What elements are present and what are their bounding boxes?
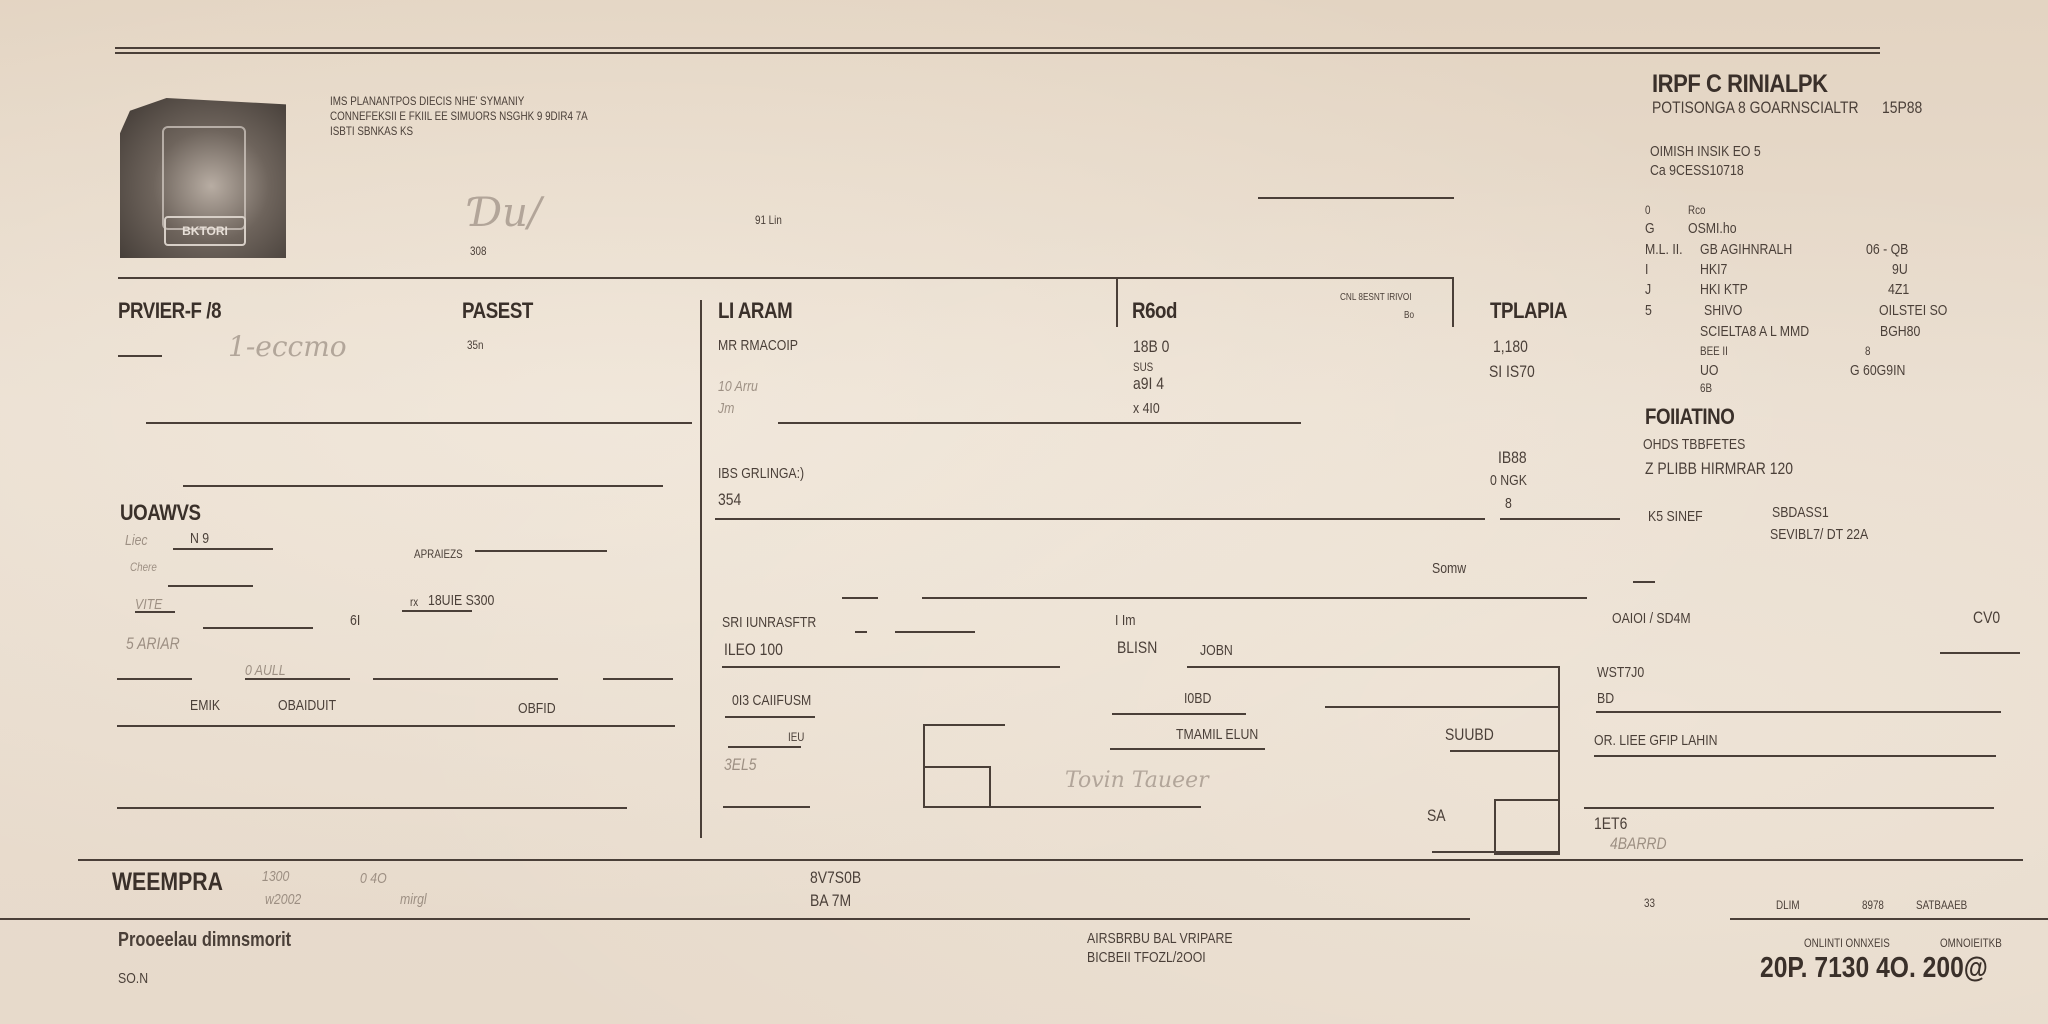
signature-number: 308: [470, 244, 486, 258]
top-rule-inner: [115, 52, 1880, 54]
loans-line: [603, 678, 673, 680]
tplapia-title: TPLAPIA: [1490, 298, 1567, 324]
lower-right-field-1: SUUBD: [1445, 725, 1494, 745]
left-short-line: [118, 355, 162, 357]
lower-row2-note: IEU: [788, 730, 804, 744]
loans-line: [168, 585, 253, 587]
foliatino-field-3: OR. LIEE GFIP LAHIN: [1594, 732, 1717, 749]
lower-bracket-top: [923, 724, 1003, 726]
rood-divider: [1116, 277, 1118, 327]
left-bottom-line: [117, 807, 627, 809]
right-list-value: 4Z1: [1888, 281, 1909, 298]
right-list-num: M.L. II.: [1645, 241, 1683, 258]
center-subtitle: MR RMACOIP: [718, 337, 798, 354]
footer-right-label-1: DLIM: [1776, 898, 1800, 912]
footer-right-small: 33: [1644, 896, 1655, 910]
tplapia-value-1: 1,180: [1493, 337, 1528, 357]
foliatino-title: FOIIATINO: [1645, 404, 1734, 430]
footer-right-label-3: SATBAAEB: [1916, 898, 1967, 912]
foliatino-footnote: OAIOI / SD4M: [1612, 610, 1691, 627]
section-rule: [118, 277, 1453, 279]
footer-center-line-2: BICBEII TFOZL/2OOI: [1087, 949, 1206, 966]
foliatino-left-label: K5 SINEF: [1648, 508, 1703, 525]
loans-row-label: Chere: [130, 560, 157, 574]
footer-right-values: 20P. 7130 4O. 200@: [1760, 952, 1988, 985]
rood-note: CNL 8ESNT IRIVOI: [1340, 292, 1412, 303]
document-code: 15P88: [1882, 98, 1922, 118]
center-line-1: 10 Arru: [718, 378, 758, 395]
loans-footer-line: [117, 725, 675, 727]
footer-band-bottom-right: [1730, 918, 2048, 920]
lower-line: [723, 806, 810, 808]
right-list-num: 0: [1645, 203, 1650, 217]
footer-right-label-2: 8978: [1862, 898, 1884, 912]
foliatino-right-label-2: SEVIBL7/ DT 22A: [1770, 526, 1868, 543]
footer-mid-value-1: 8V7S0B: [810, 868, 861, 888]
right-list-num: I: [1645, 261, 1648, 278]
center-field-value: 354: [718, 490, 741, 510]
rood-title: R6od: [1132, 298, 1177, 324]
lower-top-label: Somw: [1432, 560, 1466, 577]
foliatino-bottom-2: 4BARRD: [1610, 834, 1667, 854]
right-list-num: J: [1645, 281, 1651, 298]
lower-right-line: [1325, 706, 1558, 708]
right-list-num: G: [1645, 220, 1655, 237]
right-list-value: 8: [1865, 344, 1870, 358]
intro-line-3: ISBTI SBNKAS KS: [330, 124, 413, 138]
right-list-label: HKI KTP: [1700, 281, 1748, 298]
lower-row2-value: 3EL5: [724, 755, 757, 775]
center-title: LI ARAM: [718, 298, 792, 324]
loans-title: UOAWVS: [120, 500, 201, 526]
left-field-line: [146, 422, 692, 424]
center-divider: [700, 300, 702, 838]
loans-line: [173, 548, 273, 550]
footer-right-label-b: OMNOIEITKB: [1940, 936, 2002, 950]
lower-line: [722, 666, 1060, 668]
right-list-label: UO: [1700, 362, 1718, 379]
reference-line-2: Ca 9CESS10718: [1650, 162, 1744, 179]
center-bottom-line: [715, 518, 1485, 520]
foliatino-right-label-1: SBDASS1: [1772, 504, 1829, 521]
photo-plate: [162, 126, 246, 230]
loans-row-value: N 9: [190, 530, 209, 547]
footer-hand-2: 0 4O: [360, 870, 387, 887]
right-list-value: BGH80: [1880, 323, 1920, 340]
foliatino-line: [1594, 755, 1996, 757]
foliatino-field-2: BD: [1597, 690, 1614, 707]
lower-mid-field-1: I0BD: [1184, 690, 1211, 707]
tplapia-lower-2: 0 NGK: [1490, 472, 1527, 489]
lower-line: [1187, 666, 1560, 668]
foliatino-line: [1584, 807, 1994, 809]
footer-band-top: [78, 859, 2023, 861]
handwriting: 1-eccmo: [228, 330, 347, 363]
signature-line: [1258, 197, 1454, 199]
lower-line: [895, 631, 975, 633]
loans-line: [203, 627, 313, 629]
right-list-label: HKI7: [1700, 261, 1727, 278]
lower-row1-label: SRI IUNRASFTR: [722, 614, 816, 631]
appraisal-value: 18UIE S300: [428, 592, 494, 609]
center-field-line: [778, 422, 1301, 424]
loans-line: [373, 678, 558, 680]
appraisal-value-line: [402, 610, 472, 612]
intro-line-2: CONNEFEKSII E FKIIL EE SIMUORS NSGHK 9 9…: [330, 109, 588, 123]
section-left-subtitle: PASEST: [462, 298, 533, 324]
loans-line: [245, 678, 350, 680]
lower-right-field-2: SA: [1427, 806, 1446, 826]
lower-row2-label: 0I3 CAIIFUSM: [732, 692, 811, 709]
tplapia-line: [1500, 518, 1620, 520]
right-list-label: SHIVO: [1704, 302, 1742, 319]
lower-line: [855, 631, 867, 633]
foliatino-bottom-1: 1ET6: [1594, 814, 1627, 834]
appraisal-line: [475, 550, 607, 552]
section-left-note: 35n: [467, 338, 483, 352]
footer-band-bottom: [0, 918, 1470, 920]
appraisal-prefix: rx: [410, 595, 418, 609]
lower-inner-box: [923, 766, 991, 808]
signature-note: 91 Lin: [755, 213, 782, 227]
rood-value-1: 18B 0: [1133, 337, 1169, 357]
loans-row-label: Liec: [125, 532, 148, 549]
tplapia-lower-1: IB88: [1498, 448, 1527, 468]
right-list-value: OILSTEI SO: [1879, 302, 1947, 319]
foliatino-short-line: [1633, 581, 1655, 583]
footer-hand-3: w2002: [265, 891, 301, 908]
foliatino-line: [1596, 711, 2001, 713]
photo-label: BKTORI: [164, 216, 246, 246]
loans-line: [117, 678, 192, 680]
left-field-line-2: [183, 485, 663, 487]
foliatino-line-2: Z PLIBB HIRMRAR 120: [1645, 459, 1793, 479]
footer-center-line-1: AIRSBRBU BAL VRIPARE: [1087, 930, 1233, 947]
rood-divider-right: [1452, 277, 1454, 327]
lower-line: [1112, 713, 1246, 715]
lower-row1-right-label: I Im: [1115, 612, 1136, 629]
right-list-value: 9U: [1892, 261, 1908, 278]
lower-line: [1110, 748, 1265, 750]
lower-base-line: [923, 806, 1201, 808]
footer-left-title: Prooeelau dimnsmorit: [118, 929, 291, 952]
right-list-label: GB AGIHNRALH: [1700, 241, 1792, 258]
lower-mid-field-2: TMAMIL ELUN: [1176, 726, 1258, 743]
intro-line-1: IMS PLANANTPOS DIECIS NHE' SYMANIY: [330, 94, 524, 108]
footer-band-label: WEEMPRA: [112, 868, 223, 897]
lower-corner-box: [1494, 799, 1560, 855]
foliatino-field-1: WST7J0: [1597, 664, 1644, 681]
rood-value-4: x 4I0: [1133, 400, 1160, 417]
rood-note-2: Bo: [1404, 310, 1414, 321]
lower-line: [1432, 851, 1558, 853]
loans-footer-label-2: OBAIDUIT: [278, 697, 336, 714]
foliatino-line-1: OHDS TBBFETES: [1643, 436, 1745, 453]
lower-faint-signature: Tovin Taueer: [1065, 768, 1209, 793]
rood-value-3: a9I 4: [1133, 374, 1164, 394]
lower-row1-right-value: BLISN: [1117, 638, 1157, 658]
footer-mid-value-2: BA 7M: [810, 891, 851, 911]
right-list-label: SCIELTA8 A L MMD: [1700, 323, 1809, 340]
lower-long-line: [922, 597, 1587, 599]
lower-short-line: [842, 597, 878, 599]
loans-row-label: 5 ARIAR: [126, 634, 180, 654]
rood-value-2: SUS: [1133, 360, 1153, 374]
right-list-num: 5: [1645, 302, 1652, 319]
footer-hand-1: 1300: [262, 868, 289, 885]
right-list-value: 06 - QB: [1866, 241, 1908, 258]
right-list-label: Rco: [1688, 203, 1706, 217]
top-rule: [115, 47, 1880, 49]
section-left-title: PRVIER-F /8: [118, 298, 221, 324]
loans-row-label: 0 AULL: [245, 662, 286, 679]
loans-footer-label-1: EMIK: [190, 697, 220, 714]
lower-line: [728, 746, 801, 748]
appraisal-label: APRAIEZS: [414, 547, 463, 561]
reference-line-1: OIMISH INSIK EO 5: [1650, 143, 1761, 160]
document-subtitle: POTISONGA 8 GOARNSCIALTR: [1652, 98, 1859, 118]
lower-line: [725, 716, 815, 718]
loans-line: [135, 611, 175, 613]
footer-left-note: SO.N: [118, 970, 148, 987]
footer-hand-4: mirgl: [400, 891, 427, 908]
right-list-label: BEE II: [1700, 344, 1728, 358]
foliatino-footnote-right: CV0: [1973, 608, 2000, 628]
signature-scribble: Ɗu/: [470, 190, 541, 236]
lower-line: [1450, 750, 1558, 752]
loans-row-value: 6I: [350, 612, 360, 629]
photo-stamp: BKTORI: [120, 98, 286, 258]
loans-footer-label-3: OBFID: [518, 700, 556, 717]
lower-row1-right-note: JOBN: [1200, 642, 1233, 659]
center-line-2: Jm: [718, 400, 734, 417]
right-list-value: G 60G9IN: [1850, 362, 1905, 379]
tplapia-lower-3: 8: [1505, 495, 1512, 512]
tplapia-value-2: SI IS70: [1489, 362, 1535, 382]
document-title: IRPF C RINIALPK: [1652, 70, 1828, 99]
center-field-label: IBS GRLINGA:): [718, 465, 804, 482]
foliatino-right-line: [1940, 652, 2020, 654]
right-list-label: 6B: [1700, 381, 1712, 395]
lower-row1-sub: ILEO 100: [724, 640, 783, 660]
right-list-label: OSMI.ho: [1688, 220, 1737, 237]
footer-right-label-a: ONLINTI ONNXEIS: [1804, 936, 1890, 950]
